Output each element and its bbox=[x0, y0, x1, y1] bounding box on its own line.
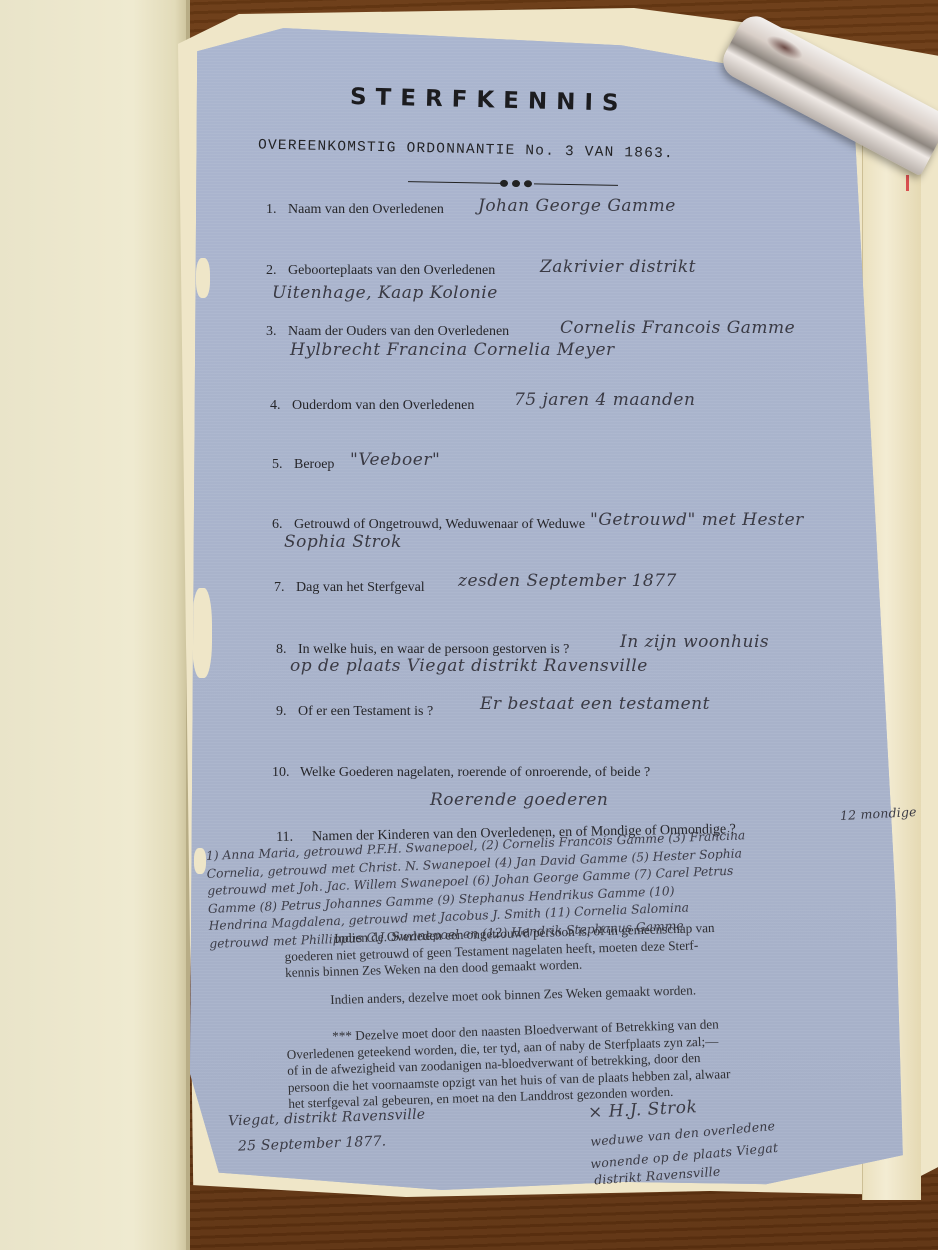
paper-tear bbox=[196, 258, 210, 298]
field-1-value: Johan George Gamme bbox=[478, 196, 676, 216]
field-10-value: Roerende goederen bbox=[430, 790, 608, 810]
field-2-value-line2: Uitenhage, Kaap Kolonie bbox=[272, 283, 498, 303]
left-book-page bbox=[0, 0, 190, 1250]
field-10-label: 10.Welke Goederen nagelaten, roerende of… bbox=[272, 765, 650, 781]
field-7-label: 7.Dag van het Sterfgeval bbox=[274, 580, 425, 596]
field-3-value-line2: Hylbrecht Francina Cornelia Meyer bbox=[290, 340, 615, 360]
notice-paragraph-3: *** Dezelve moet door den naasten Bloedv… bbox=[286, 1013, 828, 1112]
field-1-label: 1.Naam van den Overledenen bbox=[266, 202, 444, 218]
field-6-label: 6.Getrouwd of Ongetrouwd, Weduwenaar of … bbox=[272, 517, 585, 533]
field-4-label: 4.Ouderdom van den Overledenen bbox=[270, 398, 474, 414]
field-5-value: "Veeboer" bbox=[350, 450, 440, 470]
field-6-value-line2: Sophia Strok bbox=[284, 532, 402, 552]
field-9-value: Er bestaat een testament bbox=[480, 694, 710, 714]
field-8-value-line2: op de plaats Viegat distrikt Ravensville bbox=[290, 656, 648, 676]
field-3-value: Cornelis Francois Gamme bbox=[560, 318, 795, 338]
field-8-value: In zijn woonhuis bbox=[620, 632, 769, 652]
field-6-value: "Getrouwd" met Hester bbox=[590, 510, 804, 530]
field-3-label: 3.Naam der Ouders van den Overledenen bbox=[266, 324, 509, 340]
field-2-value: Zakrivier distrikt bbox=[540, 257, 696, 277]
field-7-value: zesden September 1877 bbox=[458, 571, 677, 591]
paper-tear bbox=[194, 848, 206, 874]
field-4-value: 75 jaren 4 maanden bbox=[514, 390, 695, 410]
field-5-label: 5.Beroep bbox=[272, 457, 334, 473]
field-2-label: 2.Geboorteplaats van den Overledenen bbox=[266, 263, 495, 279]
paper-tear bbox=[192, 588, 212, 678]
field-9-label: 9.Of er een Testament is ? bbox=[276, 704, 433, 720]
red-ink-mark bbox=[906, 175, 909, 191]
